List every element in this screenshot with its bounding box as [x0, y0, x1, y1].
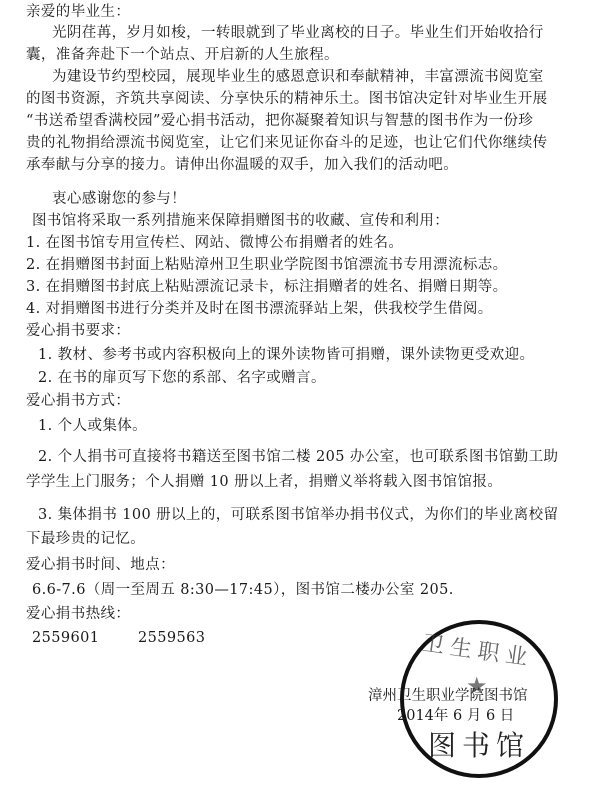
donation-letter: 亲爱的毕业生： 光阴荏苒，岁月如梭，一转眼就到了毕业离校的日子。毕业生们开始收拾…	[0, 0, 600, 790]
paragraph-line: 为建设节约型校园，展现毕业生的感恩意识和奉献精神，丰富漂流书阅览室	[52, 67, 544, 87]
hotline-number-1: 2559601	[32, 628, 99, 648]
measure-item: 3. 在捐赠图书封底上粘贴漂流记录卡，标注捐赠者的姓名、捐赠日期等。	[26, 277, 508, 297]
letter-date: 2014年 6 月 6 日	[397, 704, 514, 725]
method-item: 3. 集体捐书 100 册以上的，可联系图书馆举办捐书仪式，为你们的毕业离校留	[38, 505, 558, 525]
requirement-item: 1. 教材、参考书或内容积极向上的课外读物皆可捐赠，课外读物更受欢迎。	[38, 345, 534, 365]
time-place-value: 6.6-7.6（周一至周五 8:30—17:45），图书馆二楼办公室 205.	[32, 580, 454, 600]
method-item: 2. 个人捐书可直接将书籍送至图书馆二楼 205 办公室，也可联系图书馆勤工助	[38, 447, 558, 467]
section-title-methods: 爱心捐书方式：	[26, 391, 130, 411]
method-item: 下最珍贵的记忆。	[26, 529, 145, 549]
section-title-hotline: 爱心捐书热线：	[26, 604, 130, 624]
requirement-item: 2. 在书的扉页写下您的系部、名字或赠言。	[38, 368, 326, 388]
paragraph-line: 囊，准备奔赴下一个站点、开启新的人生旅程。	[26, 45, 339, 65]
paragraph-line: “书送希望香满校园”爱心捐书活动，把你凝聚着知识与智慧的图书作为一份珍	[26, 111, 533, 131]
thanks-line: 衷心感谢您的参与！	[52, 189, 186, 209]
section-title-requirements: 爱心捐书要求：	[26, 321, 130, 341]
measure-item: 2. 在捐赠图书封面上粘贴漳州卫生职业学院图书馆漂流书专用漂流标志。	[26, 255, 508, 275]
paragraph-line: 贵的礼物捐给漂流书阅览室，让它们来见证你奋斗的足迹，也让它们代你继续传	[26, 133, 548, 153]
measure-item: 1. 在图书馆专用宣传栏、网站、微博公布捐赠者的姓名。	[26, 233, 403, 253]
measures-intro: 图书馆将采取一系列措施来保障捐赠图书的收藏、宣传和利用：	[32, 211, 449, 231]
seal-top-text: 卫生职业	[416, 626, 539, 673]
paragraph-line: 承奉献与分享的接力。请伸出你温暖的双手，加入我们的活动吧。	[26, 155, 458, 175]
paragraph-line: 光阴荏苒，岁月如梭，一转眼就到了毕业离校的日子。毕业生们开始收拾行	[52, 23, 544, 43]
signer: 漳州卫生职业学院图书馆	[368, 684, 528, 705]
section-title-time: 爱心捐书时间、地点：	[26, 555, 175, 575]
paragraph-line: 的图书资源，齐筑共享阅读、分享快乐的精神乐土。图书馆决定针对毕业生开展	[26, 89, 548, 109]
seal-bottom-text: 图书馆	[424, 724, 534, 764]
method-item: 学学生上门服务；个人捐赠 10 册以上者，捐赠义举将载入图书馆馆报。	[26, 472, 502, 492]
greeting: 亲爱的毕业生：	[26, 2, 130, 22]
hotline-number-2: 2559563	[138, 628, 205, 648]
method-item: 1. 个人或集体。	[38, 416, 147, 436]
measure-item: 4. 对捐赠图书进行分类并及时在图书漂流驿站上架，供我校学生借阅。	[26, 299, 493, 319]
